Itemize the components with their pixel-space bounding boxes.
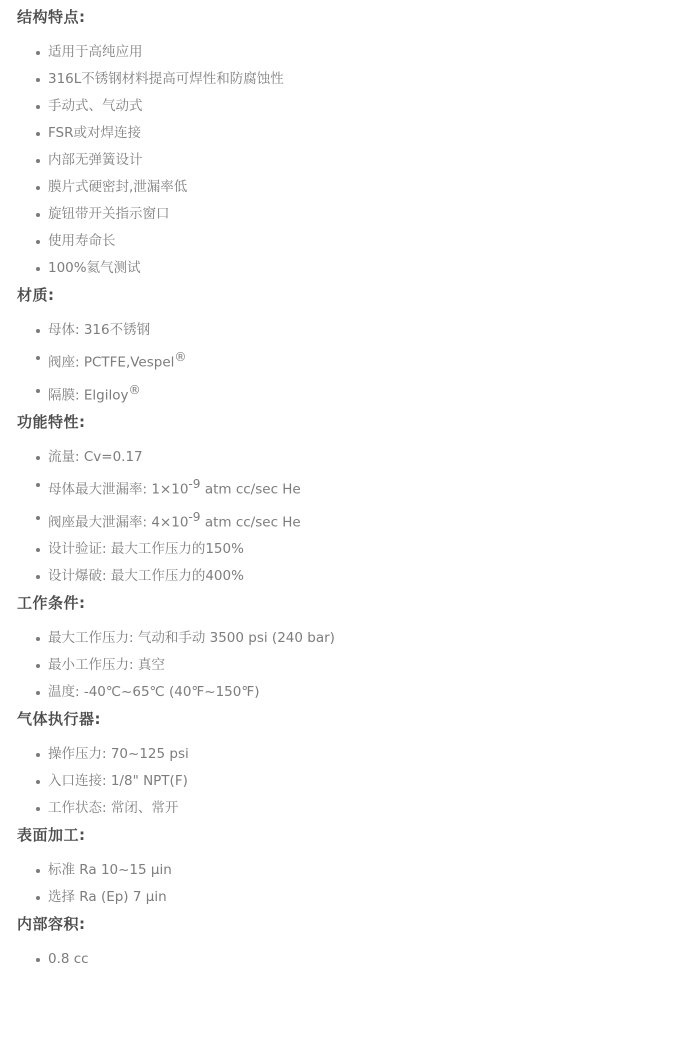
superscript: -9 <box>188 510 200 524</box>
list-item: 阀座最大泄漏率: 4×10-9 atm cc/sec He <box>17 509 658 532</box>
superscript: -9 <box>188 477 200 491</box>
list-item: 操作压力: 70~125 psi <box>17 746 658 763</box>
section-heading: 气体执行器: <box>17 711 658 728</box>
superscript: ® <box>128 383 140 397</box>
list-item: 适用于高纯应用 <box>17 44 658 61</box>
superscript: ® <box>174 350 186 364</box>
list-item: 流量: Cv=0.17 <box>17 449 658 466</box>
list-item: 入口连接: 1/8" NPT(F) <box>17 773 658 790</box>
sections-container: 结构特点:适用于高纯应用316L不锈钢材料提高可焊性和防腐蚀性手动式、气动式FS… <box>17 9 658 968</box>
list-item: 100%氦气测试 <box>17 260 658 277</box>
list-item: 内部无弹簧设计 <box>17 152 658 169</box>
section-heading: 材质: <box>17 287 658 304</box>
list-item: 手动式、气动式 <box>17 98 658 115</box>
bullet-list: 0.8 cc <box>17 951 658 968</box>
list-item: 选择 Ra (Ep) 7 µin <box>17 889 658 906</box>
section-heading: 工作条件: <box>17 595 658 612</box>
section-heading: 结构特点: <box>17 9 658 26</box>
list-item: 隔膜: Elgiloy® <box>17 382 658 405</box>
bullet-list: 标准 Ra 10~15 µin选择 Ra (Ep) 7 µin <box>17 862 658 906</box>
bullet-list: 母体: 316不锈钢阀座: PCTFE,Vespel®隔膜: Elgiloy® <box>17 322 658 404</box>
list-item: 使用寿命长 <box>17 233 658 250</box>
list-item: 母体: 316不锈钢 <box>17 322 658 339</box>
list-item: 最小工作压力: 真空 <box>17 657 658 674</box>
list-item: 旋钮带开关指示窗口 <box>17 206 658 223</box>
bullet-list: 流量: Cv=0.17母体最大泄漏率: 1×10-9 atm cc/sec He… <box>17 449 658 585</box>
list-item: 温度: -40℃~65℃ (40℉~150℉) <box>17 684 658 701</box>
bullet-list: 操作压力: 70~125 psi入口连接: 1/8" NPT(F)工作状态: 常… <box>17 746 658 817</box>
list-item: 0.8 cc <box>17 951 658 968</box>
list-item: 最大工作压力: 气动和手动 3500 psi (240 bar) <box>17 630 658 647</box>
bullet-list: 最大工作压力: 气动和手动 3500 psi (240 bar)最小工作压力: … <box>17 630 658 701</box>
list-item: 母体最大泄漏率: 1×10-9 atm cc/sec He <box>17 476 658 499</box>
section-heading: 功能特性: <box>17 414 658 431</box>
bullet-list: 适用于高纯应用316L不锈钢材料提高可焊性和防腐蚀性手动式、气动式FSR或对焊连… <box>17 44 658 277</box>
list-item: 工作状态: 常闭、常开 <box>17 800 658 817</box>
list-item: 膜片式硬密封,泄漏率低 <box>17 179 658 196</box>
list-item: 316L不锈钢材料提高可焊性和防腐蚀性 <box>17 71 658 88</box>
list-item: 设计爆破: 最大工作压力的400% <box>17 568 658 585</box>
list-item: 标准 Ra 10~15 µin <box>17 862 658 879</box>
list-item: 阀座: PCTFE,Vespel® <box>17 349 658 372</box>
list-item: FSR或对焊连接 <box>17 125 658 142</box>
section-heading: 内部容积: <box>17 916 658 933</box>
list-item: 设计验证: 最大工作压力的150% <box>17 541 658 558</box>
section-heading: 表面加工: <box>17 827 658 844</box>
spec-document: 结构特点:适用于高纯应用316L不锈钢材料提高可焊性和防腐蚀性手动式、气动式FS… <box>0 0 675 1037</box>
